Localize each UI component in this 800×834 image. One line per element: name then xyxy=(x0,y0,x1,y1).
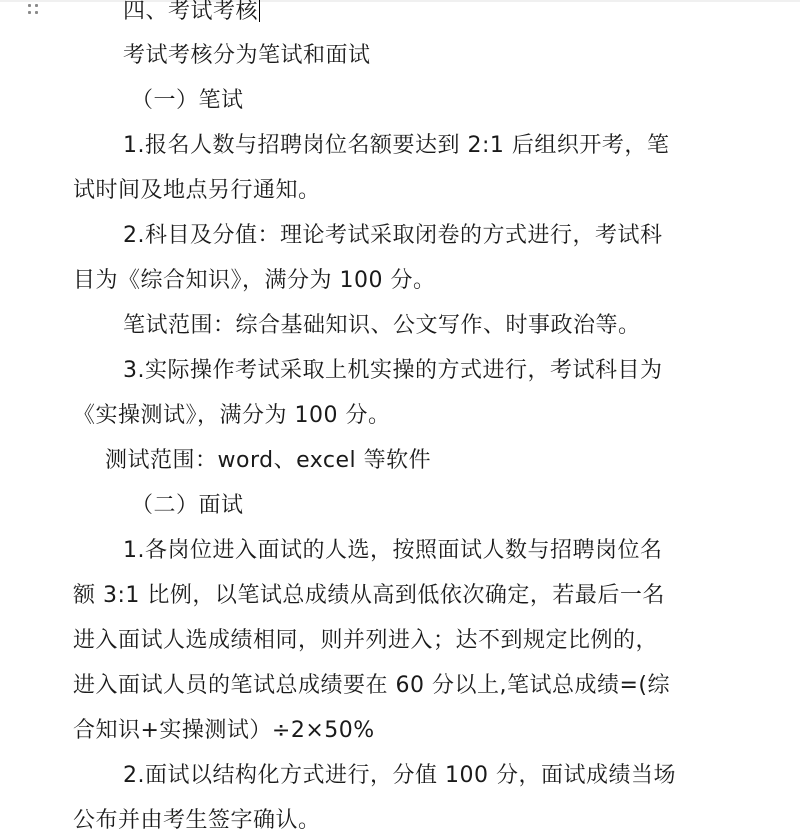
interview-item1-line4[interactable]: 进入面试人员的笔试总成绩要在 60 分以上,笔试总成绩=(综 xyxy=(73,672,670,700)
interview-item1-line3[interactable]: 进入面试人选成绩相同，则并列进入；达不到规定比例的， xyxy=(73,627,658,655)
section-heading-text: 四、考试考核 xyxy=(123,0,258,24)
written-item3-line1[interactable]: 3.实际操作考试采取上机实操的方式进行，考试科目为 xyxy=(123,357,663,385)
interview-item2-line1[interactable]: 2.面试以结构化方式进行，分值 100 分，面试成绩当场 xyxy=(123,762,676,790)
interview-heading[interactable]: （二）面试 xyxy=(131,492,244,520)
drag-dot xyxy=(28,11,31,14)
written-exam-heading[interactable]: （一）笔试 xyxy=(131,87,244,115)
written-item2-line1[interactable]: 2.科目及分值：理论考试采取闭卷的方式进行，考试科 xyxy=(123,222,663,250)
interview-item1-line1[interactable]: 1.各岗位进入面试的人选，按照面试人数与招聘岗位名 xyxy=(123,537,663,565)
written-item1-line2[interactable]: 试时间及地点另行通知。 xyxy=(73,177,321,205)
written-item2-line2[interactable]: 目为《综合知识》，满分为 100 分。 xyxy=(73,267,435,295)
interview-item1-line2[interactable]: 额 3:1 比例，以笔试总成绩从高到低依次确定，若最后一名 xyxy=(73,582,665,610)
interview-item2-line2[interactable]: 公布并由考生签字确认。 xyxy=(73,807,321,834)
intro-paragraph[interactable]: 考试考核分为笔试和面试 xyxy=(123,42,371,70)
text-caret xyxy=(259,0,260,22)
drag-handle-icon[interactable] xyxy=(28,4,38,14)
written-item1-line1[interactable]: 1.报名人数与招聘岗位名额要达到 2:1 后组织开考，笔 xyxy=(123,132,669,160)
top-edge-shade xyxy=(0,0,800,2)
test-scope[interactable]: 测试范围：word、excel 等软件 xyxy=(105,447,431,475)
drag-dot xyxy=(35,11,38,14)
written-item3-line2[interactable]: 《实操测试》，满分为 100 分。 xyxy=(73,402,390,430)
section-heading[interactable]: 四、考试考核 xyxy=(123,0,260,26)
interview-item1-line5[interactable]: 合知识+实操测试）÷2×50% xyxy=(73,717,375,745)
drag-dot xyxy=(35,4,38,7)
written-scope[interactable]: 笔试范围：综合基础知识、公文写作、时事政治等。 xyxy=(123,312,641,340)
drag-dot xyxy=(28,4,31,7)
